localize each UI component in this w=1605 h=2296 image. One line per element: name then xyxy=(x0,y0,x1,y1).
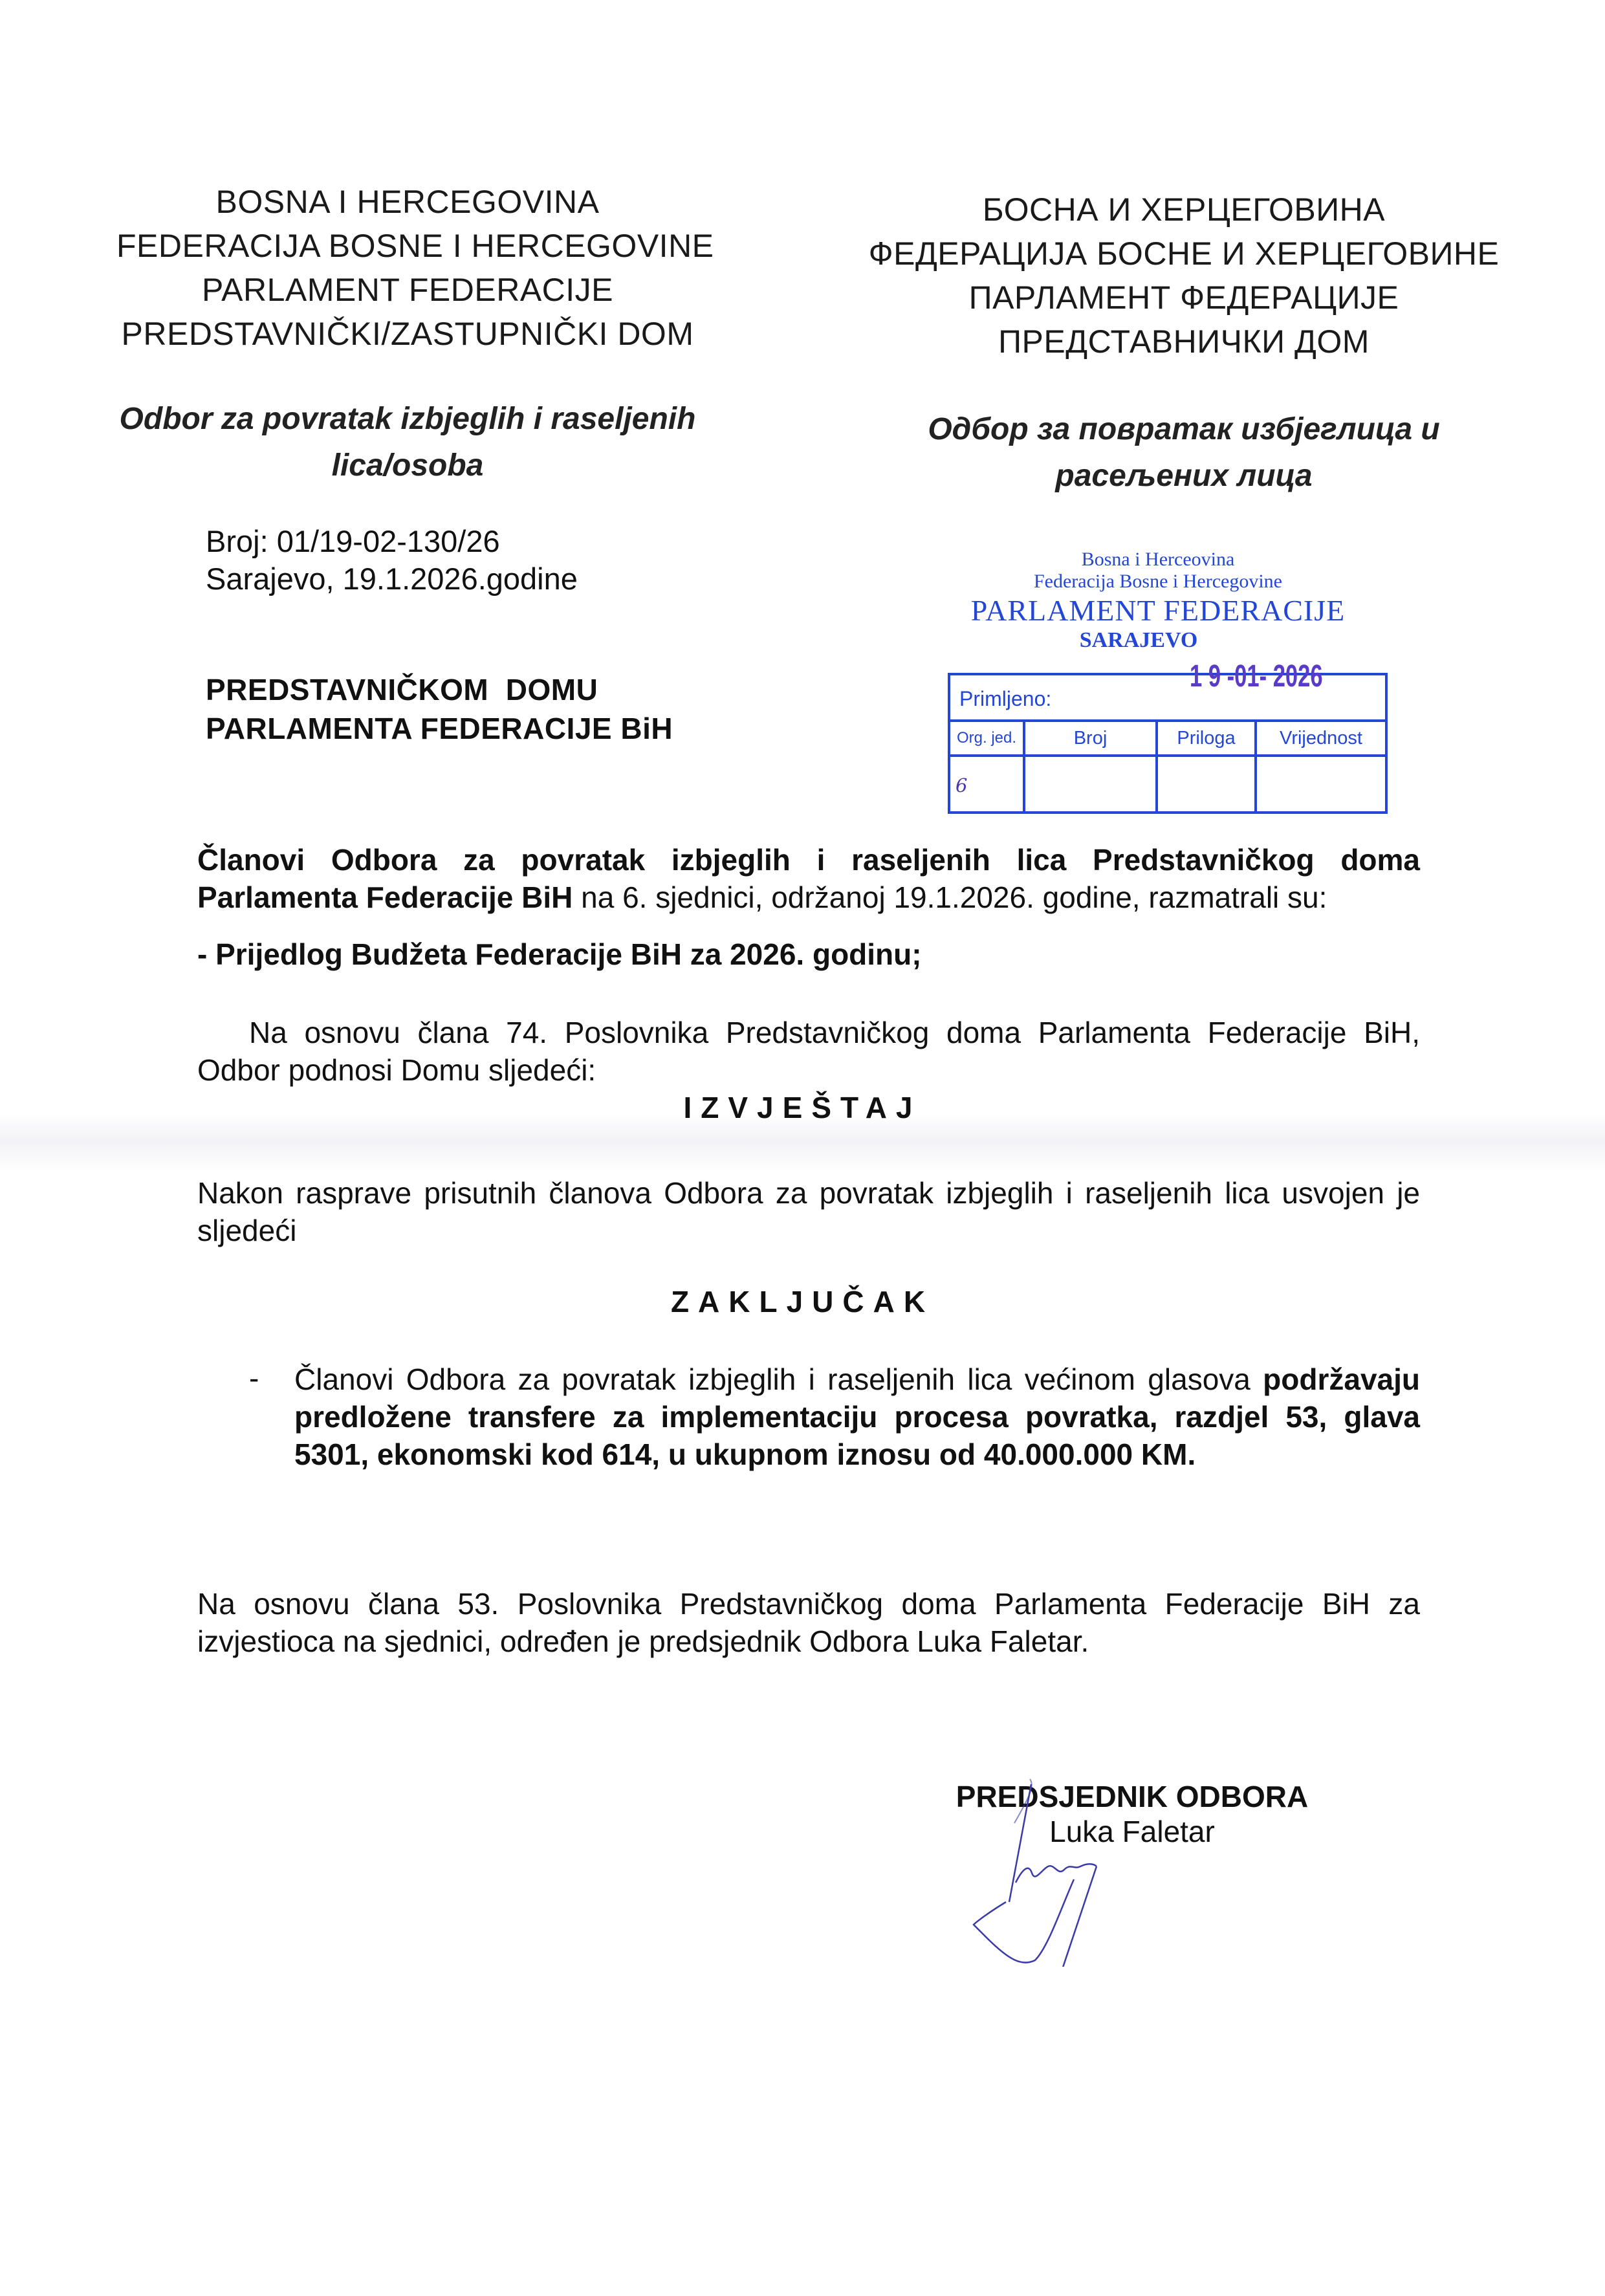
stamp-columns: Org. jed. Broj Priloga Vrijednost xyxy=(950,722,1385,757)
committee-name-latin: Odbor za povratak izbjeglih i raseljenih… xyxy=(116,396,699,489)
header-left-line: BOSNA I HERCEGOVINA xyxy=(116,180,699,224)
rapporteur-paragraph: Na osnovu člana 53. Poslovnika Predstavn… xyxy=(197,1585,1420,1660)
header-left-line: FEDERACIJA BOSNE I HERCEGOVINE xyxy=(116,224,699,268)
handwritten-signature-icon xyxy=(970,1773,1242,1967)
stamp-val-value xyxy=(1257,757,1385,814)
header-right-line: ПАРЛАМЕНТ ФЕДЕРАЦИЈЕ xyxy=(828,276,1540,320)
report-text: Nakon rasprave prisutnih članova Odbora … xyxy=(197,1174,1420,1249)
stamp-col-attachments: Priloga xyxy=(1158,722,1257,754)
header-right-line: ФЕДЕРАЦИЈА БОСНЕ И ХЕРЦЕГОВИНЕ xyxy=(828,232,1540,276)
received-label: Primljeno: xyxy=(959,687,1051,711)
received-stamp-box: Primljeno: 1 9 -01- 2026 Org. jed. Broj … xyxy=(948,673,1388,814)
header-left-line: PARLAMENT FEDERACIJE xyxy=(116,268,699,312)
header-right-line: БОСНА И ХЕРЦЕГОВИНА xyxy=(828,188,1540,232)
stamp-val-attachments xyxy=(1158,757,1257,814)
stamp-line: PARLAMENT FEDERACIJE xyxy=(932,593,1384,629)
header-right: БОСНА И ХЕРЦЕГОВИНА ФЕДЕРАЦИЈА БОСНЕ И Х… xyxy=(828,188,1540,364)
document-place-date: Sarajevo, 19.1.2026.godine xyxy=(206,560,578,598)
document-number: Broj: 01/19-02-130/26 xyxy=(206,523,578,560)
committee-line: lica/osoba xyxy=(116,443,699,489)
committee-line: Odbor za povratak izbjeglih i raseljenih xyxy=(116,396,699,443)
conclusion-text: Članovi Odbora za povratak izbjeglih i r… xyxy=(294,1361,1420,1473)
conclusion-plain: Članovi Odbora za povratak izbjeglih i r… xyxy=(294,1362,1263,1396)
conclusion-title: ZAKLJUČAK xyxy=(0,1284,1605,1319)
recipient-line: PREDSTAVNIČKOM DOMU xyxy=(206,670,673,709)
stamp-val-org: 6 xyxy=(950,757,1025,814)
header-left: BOSNA I HERCEGOVINA FEDERACIJA BOSNE I H… xyxy=(116,180,699,356)
received-date: 1 9 -01- 2026 xyxy=(1190,659,1323,694)
stamp-val-number xyxy=(1025,757,1158,814)
committee-name-cyrillic: Одбор за повратак избјеглица и расељених… xyxy=(860,406,1507,499)
recipient-line: PARLAMENTA FEDERACIJE BiH xyxy=(206,709,673,748)
basis-paragraph: Na osnovu člana 74. Poslovnika Predstavn… xyxy=(197,1014,1420,1089)
agenda-item: - Prijedlog Budžeta Federacije BiH za 20… xyxy=(197,937,922,972)
received-stamp-header: Bosna i Herceovina Federacija Bosne i He… xyxy=(932,549,1384,652)
stamp-line: SARAJEVO xyxy=(893,629,1384,652)
stamp-line: Federacija Bosne i Hercegovine xyxy=(932,571,1384,593)
stamp-received-row: Primljeno: 1 9 -01- 2026 xyxy=(950,675,1385,722)
stamp-col-value: Vrijednost xyxy=(1257,722,1385,754)
conclusion-bullet: - xyxy=(249,1361,259,1395)
committee-line: Одбор за повратак избјеглица и xyxy=(860,406,1507,453)
recipient: PREDSTAVNIČKOM DOMU PARLAMENTA FEDERACIJ… xyxy=(206,670,673,748)
stamp-values: 6 xyxy=(950,757,1385,814)
document-meta: Broj: 01/19-02-130/26 Sarajevo, 19.1.202… xyxy=(206,523,578,598)
intro-rest: na 6. sjednici, održanoj 19.1.2026. godi… xyxy=(573,880,1327,914)
committee-line: расељених лица xyxy=(860,453,1507,499)
intro-paragraph: Članovi Odbora za povratak izbjeglih i r… xyxy=(197,841,1420,916)
header-right-line: ПРЕДСТАВНИЧКИ ДОМ xyxy=(828,320,1540,364)
stamp-line: Bosna i Herceovina xyxy=(932,549,1384,571)
header-left-line: PREDSTAVNIČKI/ZASTUPNIČKI DOM xyxy=(116,312,699,356)
stamp-col-org: Org. jed. xyxy=(950,722,1025,754)
report-title: IZVJEŠTAJ xyxy=(0,1090,1605,1125)
stamp-col-number: Broj xyxy=(1025,722,1158,754)
